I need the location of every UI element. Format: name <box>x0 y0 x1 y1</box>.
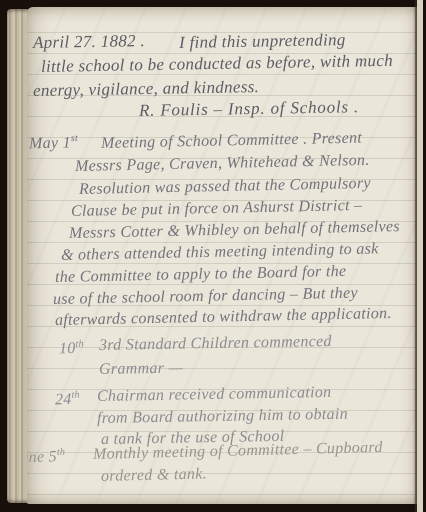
entry-line: energy, vigilance, and kindness. <box>33 78 259 99</box>
entry-date: 10th <box>59 340 84 358</box>
entry-line: the Committee to apply to the Board for … <box>55 264 347 286</box>
entry-line: Messrs Cotter & Whibley on behalf of the… <box>69 219 400 242</box>
logbook-page: April 27. 1882 . I find this unpretendin… <box>27 7 418 504</box>
entry-date: 24th <box>55 391 80 409</box>
entry-date-suffix: th <box>71 390 80 401</box>
entry-date-main: April 27. 1882 . <box>33 31 145 52</box>
entry-date-suffix: th <box>57 447 66 458</box>
entry-date-main: 10 <box>59 340 76 357</box>
entry-line: I find this unpretending <box>179 31 346 51</box>
entry-date: May 1st <box>29 134 79 152</box>
entry-line: ordered & tank. <box>101 466 207 485</box>
entry-line: Messrs Page, Craven, Whitehead & Nelson. <box>75 153 370 175</box>
entry-date: June 5th <box>27 448 66 467</box>
facing-page-edge <box>417 0 423 512</box>
entry-date-main: May 1 <box>29 134 71 152</box>
photo-backdrop: April 27. 1882 . I find this unpretendin… <box>0 0 426 512</box>
entry-line: Chairman received communication <box>97 385 332 405</box>
entry-date-main: 24 <box>55 391 72 408</box>
entry-date-main: June 5 <box>27 448 57 466</box>
entry-date-suffix: st <box>71 133 78 144</box>
entry-line: use of the school room for dancing – But… <box>53 286 358 308</box>
entry-date: April 27. 1882 . <box>33 32 145 51</box>
entry-date-suffix: th <box>75 339 84 350</box>
entry-line: 3rd Standard Children commenced <box>99 334 332 354</box>
page-edge-stack <box>7 9 29 503</box>
entry-line: Clause be put in force on Ashurst Distri… <box>71 198 363 220</box>
entry-line: Grammar — <box>99 361 183 378</box>
inspector-signature: R. Foulis – Insp. of Schools . <box>139 98 359 119</box>
entry-line: & others attended this meeting intending… <box>61 241 379 264</box>
entry-line: from Board authorizing him to obtain <box>97 407 348 427</box>
entry-line: afterwards consented to withdraw the app… <box>55 306 392 329</box>
entry-line: little school to be conducted as before,… <box>41 52 393 75</box>
entry-line: Meeting of School Committee . Present <box>101 131 362 152</box>
entry-line: Resolution was passed that the Compulsor… <box>79 176 371 198</box>
